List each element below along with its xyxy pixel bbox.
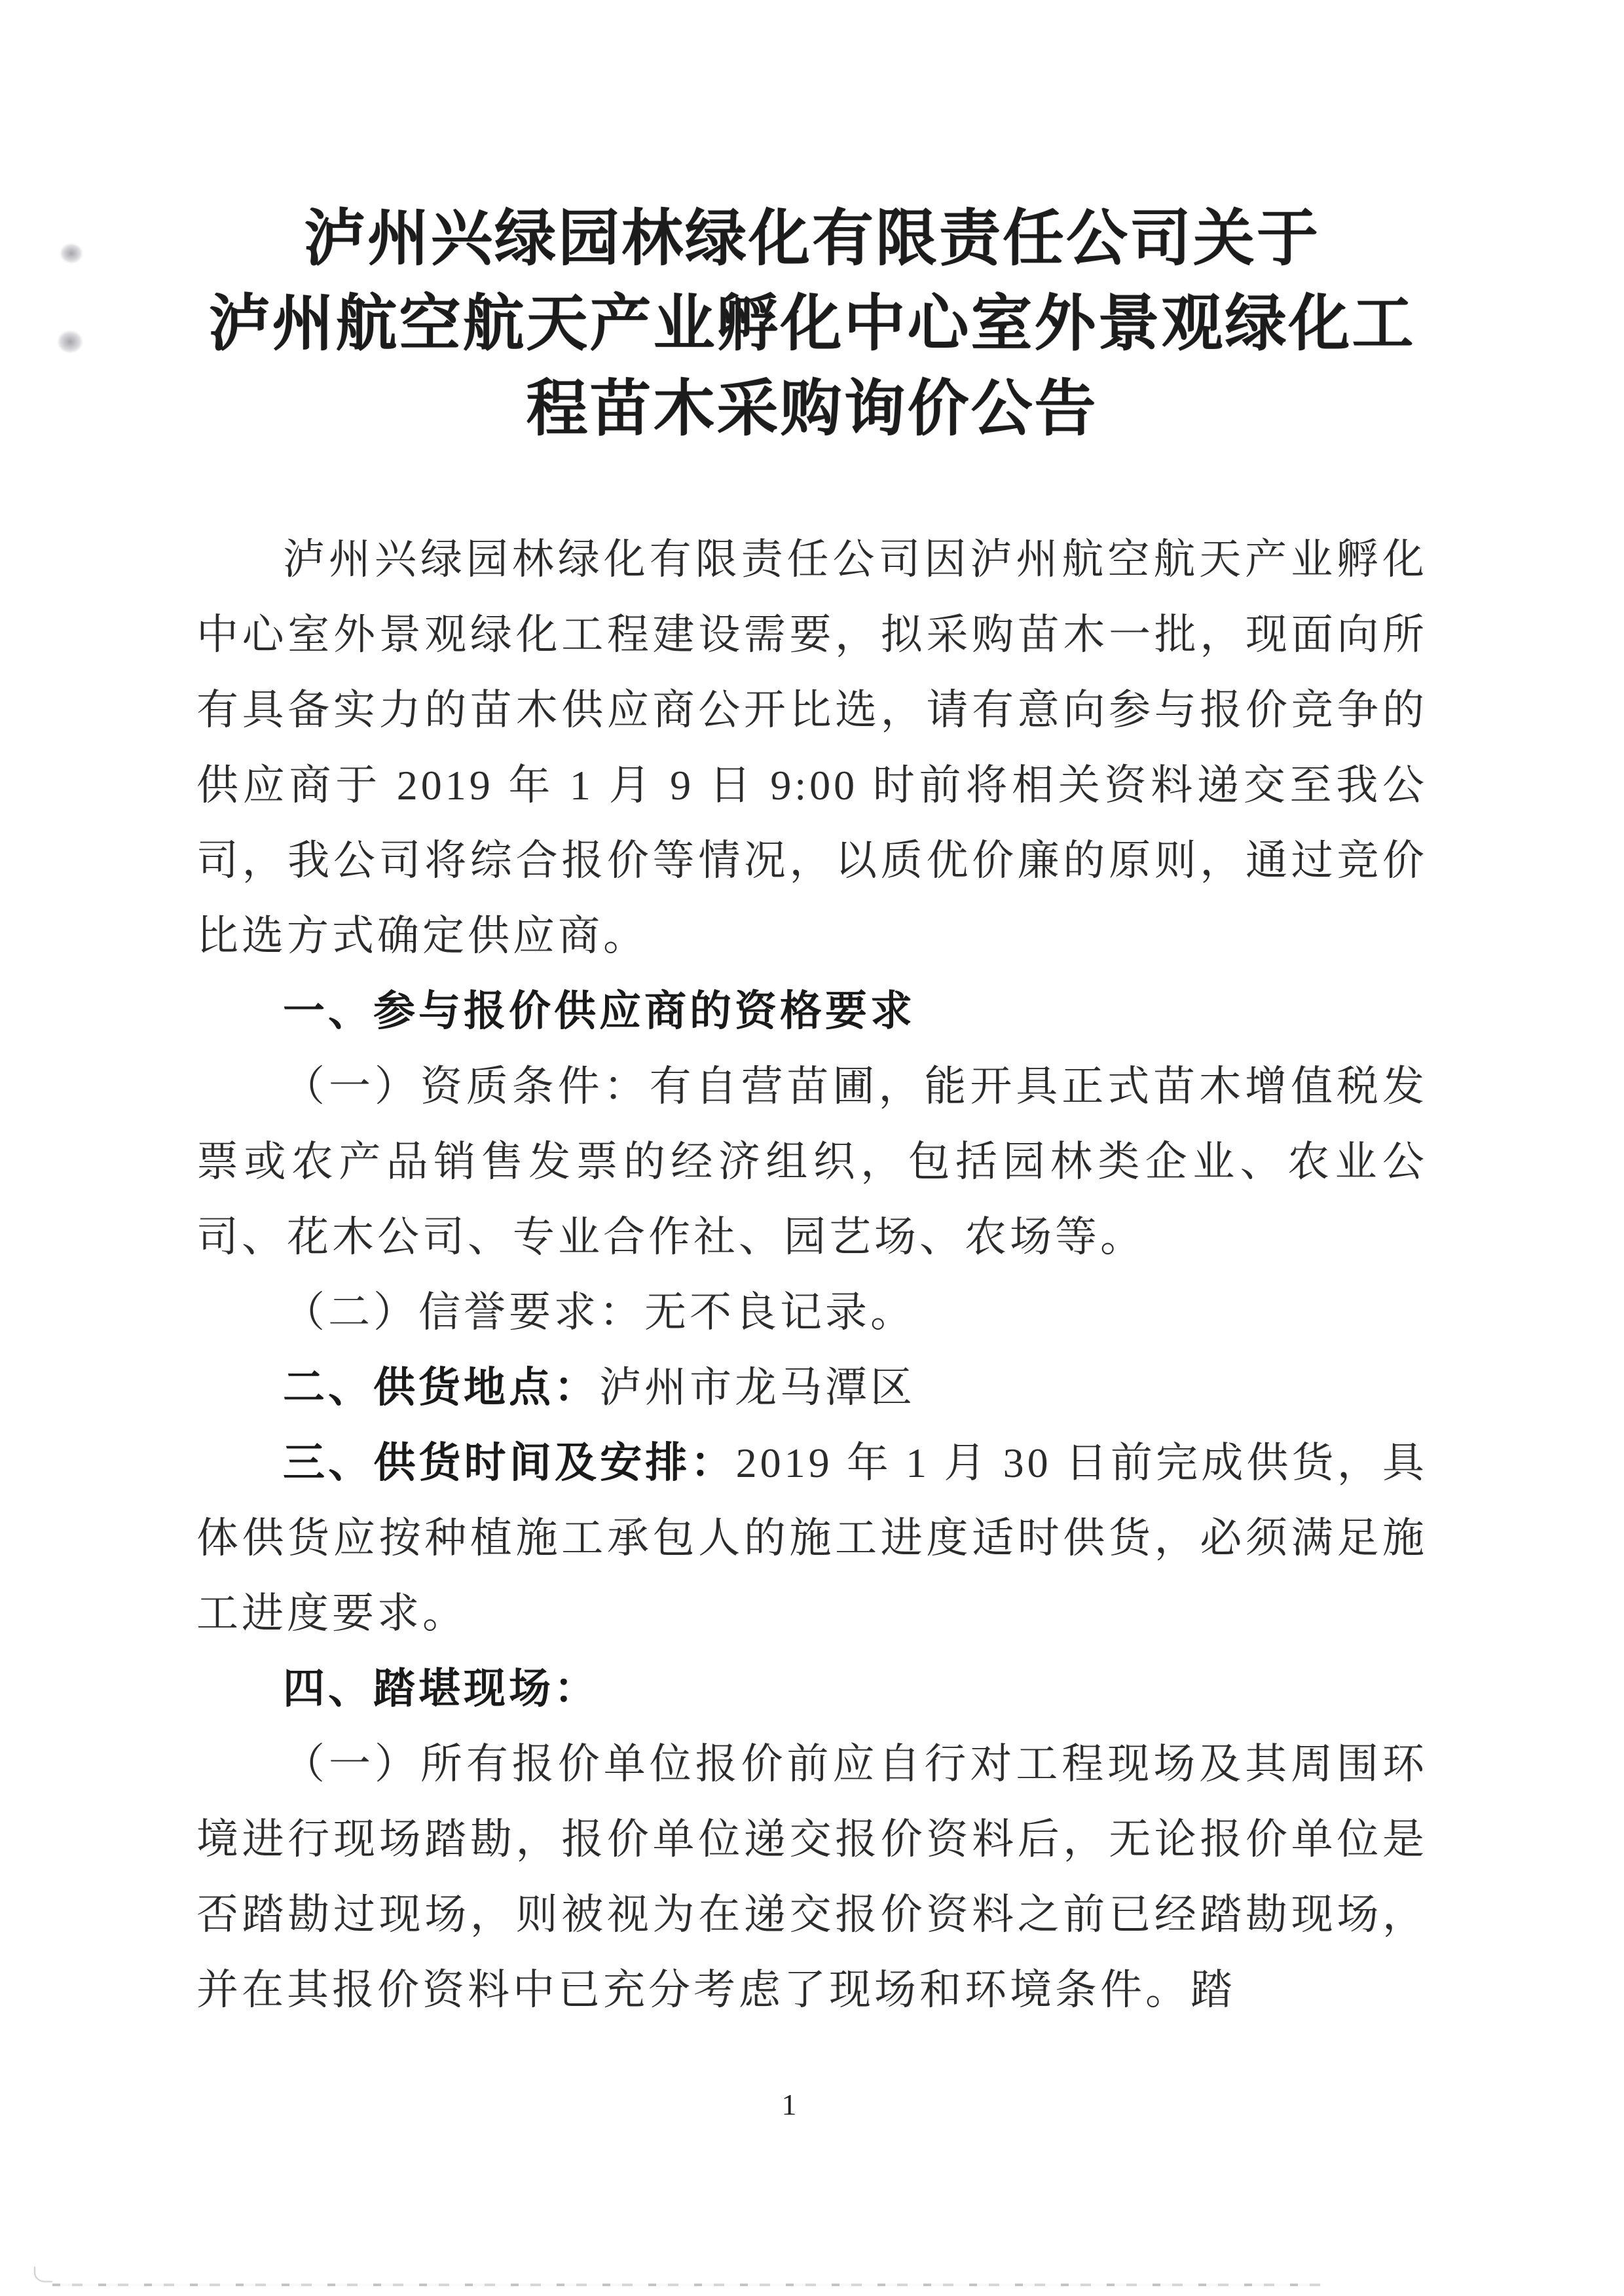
section1-item1: （一）资质条件：有自营苗圃，能开具正式苗木增值税发票或农产品销售发票的经济组织，… <box>196 1049 1428 1275</box>
title-line-3: 程苗木采购询价公告 <box>157 367 1467 452</box>
scan-smudge-2 <box>58 331 83 353</box>
section3-paragraph: 三、供货时间及安排：2019 年 1 月 30 日前完成供货，具体供货应按种植施… <box>196 1425 1428 1651</box>
document-title: 泸州兴绿园林绿化有限责任公司关于 泸州航空航天产业孵化中心室外景观绿化工 程苗木… <box>157 196 1467 452</box>
section4-item1: （一）所有报价单位报价前应自行对工程现场及其周围环境进行现场踏勘，报价单位递交报… <box>196 1726 1428 2028</box>
page-number: 1 <box>0 2087 1578 2122</box>
section3-heading: 三、供货时间及安排： <box>283 1439 736 1486</box>
intro-paragraph: 泸州兴绿园林绿化有限责任公司因泸州航空航天产业孵化中心室外景观绿化工程建设需要，… <box>196 522 1428 974</box>
scan-artifact-line <box>52 2284 1323 2286</box>
section1-heading: 一、参与报价供应商的资格要求 <box>196 974 1428 1049</box>
section2-line: 二、供货地点：泸州市龙马潭区 <box>196 1350 1428 1425</box>
section4-heading: 四、踏堪现场： <box>196 1651 1428 1726</box>
document-page: 泸州兴绿园林绿化有限责任公司关于 泸州航空航天产业孵化中心室外景观绿化工 程苗木… <box>0 0 1624 2296</box>
scan-smudge-1 <box>60 244 83 263</box>
section1-item2: （二）信誉要求：无不良记录。 <box>196 1275 1428 1350</box>
section2-heading: 二、供货地点： <box>283 1364 599 1411</box>
title-line-2: 泸州航空航天产业孵化中心室外景观绿化工 <box>157 282 1467 367</box>
scan-artifact-tail <box>34 2267 52 2282</box>
document-body: 泸州兴绿园林绿化有限责任公司因泸州航空航天产业孵化中心室外景观绿化工程建设需要，… <box>196 522 1428 2028</box>
title-line-1: 泸州兴绿园林绿化有限责任公司关于 <box>157 196 1467 282</box>
section2-text: 泸州市龙马潭区 <box>599 1364 915 1411</box>
